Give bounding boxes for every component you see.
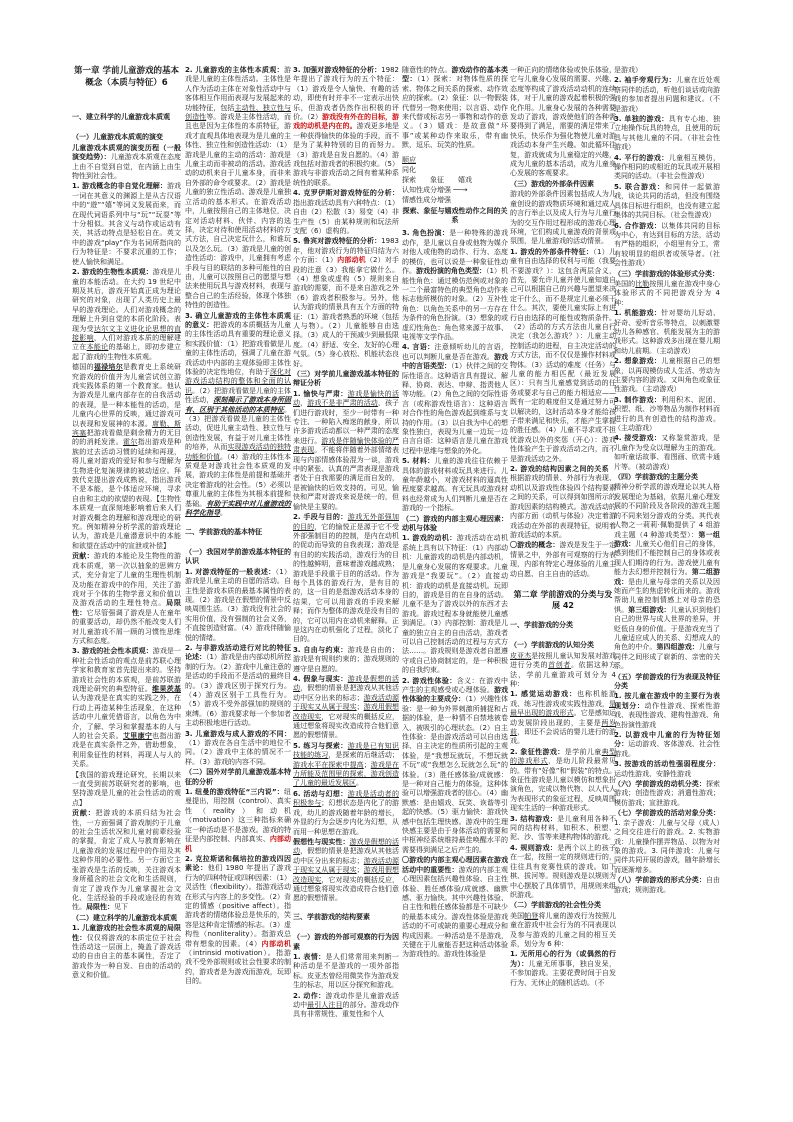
emphasized-text: 1. 游戏概念的非自觉化理解： <box>72 182 167 190</box>
paragraph: 精神分析学派的游戏理论以其人格发展理论为基础，依据儿童心理发展的不同阶段及各阶段… <box>614 483 720 671</box>
paragraph: 2. 游戏性体验：含义：在游戏中产生的主观感受或心理体验。游戏性体验的主要成分：… <box>402 677 508 856</box>
subsection-heading: （二）游戏的内部主观心理因素：动机与体验 <box>402 515 508 534</box>
emphasized-text: 2. 象征性游戏： <box>510 748 565 756</box>
paragraph: 假想性与现实性：游戏是假想的活动，假想的情景是把游戏从其他活动中区分出来的标志；… <box>293 838 399 904</box>
paragraph: 3. 角色扮演：是一种特殊的游戏动作，是儿童以自身或他物为媒介对他人或他物的动作… <box>402 229 508 342</box>
paragraph: 3. 结构游戏：是儿童利用各种不同的结构材料，如积木、积塑、泥、沙、雪等来建构物… <box>510 815 616 843</box>
emphasized-text: 是最早出现的游戏形式 <box>510 700 616 717</box>
paragraph: 3. 按游戏的活动性强弱程度分：运动性游戏、安静性游戏 <box>614 760 720 779</box>
emphasized-text: 比勒 <box>635 280 649 288</box>
paragraph: （八）学前游戏的形式分类：自由游戏；规则游戏。 <box>614 876 720 895</box>
emphasized-text: （七）学前游戏的活动对象分类： <box>614 809 720 817</box>
emphasized-text: 皮亚杰 <box>510 652 531 660</box>
document-column-2: 2. 儿童游戏的主体性本质观：游戏是儿童的主体性活动。主体性是人作为活动主体在对… <box>185 66 291 988</box>
paragraph: 儿童游戏本质观的演变历程（一般演变趋势）：儿童游戏本质观在态度上由不自觉到自觉，… <box>72 144 181 182</box>
emphasized-text: 3. 角色扮演： <box>402 229 449 237</box>
emphasized-text: 游戏动作的基本类型： <box>402 66 508 83</box>
emphasized-text: 本能论 <box>87 343 109 351</box>
emphasized-text: 霍尔 <box>123 438 138 446</box>
paragraph: 2. 动作：游戏动作是儿童游戏活动中最引人注目的部分。游戏动作具有非常规性、重复… <box>293 992 399 1020</box>
paragraph: 2. 以游戏中儿童的行为特征划分：运动游戏、客体游戏、社会性游戏。 <box>614 731 720 759</box>
emphasized-text: 帕登 <box>524 912 538 920</box>
emphasized-text: 1. 机能游戏： <box>614 309 661 317</box>
paragraph: 3. 自由与约束：游戏是自由的；游戏是有规则约束的；游戏规则的遵守是自愿的。 <box>293 646 399 674</box>
emphasized-text: 3. 自由与约束： <box>293 646 348 654</box>
paragraph: 1. 表情：是人们常常用来判断一种活动是不是游戏的一项外部指标。皮亚杰曾经用微笑… <box>293 953 399 991</box>
subsection-heading: （一）儿童游戏本质观的演变 <box>72 133 181 142</box>
paragraph: 3. 游戏的社会性本质观：游戏是一种社会性活动的观点是前苏联心理学家和教育家首先… <box>72 647 181 769</box>
paragraph: 5. 材料：儿童的游戏往往依赖于具体的游戏材料或玩具来进行。儿童年龄越小，对游戏… <box>402 457 508 513</box>
emphasized-text: 1. 愉快与严肃： <box>293 390 348 398</box>
emphasized-text: 主动性、独立性与创造性 <box>185 104 291 121</box>
emphasized-text: 第三组游戏： <box>628 606 670 614</box>
subsection-heading: （一）学前游戏的认知分类 <box>510 641 616 650</box>
emphasized-text: 3. 确立儿童游戏的主体性本质观的意义： <box>185 312 291 329</box>
emphasized-text: 贡献： <box>72 809 96 817</box>
document-column-6: 是游戏）2. 袖手旁观行为：儿童在近处观察同伴的活动，听他们谈话或向游戏的参加者… <box>614 66 720 896</box>
document-column-4: 随意性的特点。游戏动作的基本类型：（1）探索：对物体性质的探索、物体之间关系的探… <box>402 66 508 961</box>
figure-line: 同化 <box>402 165 508 175</box>
emphasized-text: 2. 动作： <box>293 992 326 1000</box>
emphasized-text: 2. 以游戏中儿童的行为特征划分： <box>614 731 720 748</box>
emphasized-text: （八）学前游戏的形式分类： <box>614 876 706 884</box>
paragraph: 1. 对游戏特征的一般表述：（1）游戏是儿童主动的自愿的活动。自主性是游戏本质的… <box>185 568 291 643</box>
highlighted-text: 游戏没有外在的目标，游戏的动机是内在的。 <box>293 113 399 130</box>
paragraph: 1. 儿童游戏的社会性本质观的局限性：仅仅将游戏的本质定位于社会性活动这一层面上… <box>72 924 181 980</box>
emphasized-text: 艾里康宁 <box>123 732 152 740</box>
paragraph: 2. 与非游戏活动进行对比的特征论述：（1）游戏是由内部动机所控制的行为。（2）… <box>185 644 291 729</box>
document-content: 第一章 学前儿童游戏的基本概念（本质与特征）6一、建立科学的儿童游戏本质观（一）… <box>72 66 722 1086</box>
paragraph: 随意性的特点。游戏动作的基本类型：（1）探索：对物体性质的探索、物体之间关系的探… <box>402 66 508 151</box>
paragraph: 游戏的外部条件因素包括成人为儿童创设的游戏物质环境和通过成人的言行举止以及成人行… <box>510 190 616 246</box>
emphasized-text: 局限性： <box>86 903 114 911</box>
emphasized-text: 1. 表情： <box>293 953 326 961</box>
highlighted-text: 内部动机 <box>337 256 366 264</box>
emphasized-text: 4. 假象与现实： <box>293 675 348 683</box>
emphasized-text: 2. 与非游戏活动进行对比的特征论述： <box>185 644 291 661</box>
emphasized-text: 5. 鲁宾对游戏特征的分析： <box>293 237 381 245</box>
emphasized-text: 1. 对游戏特征的一般表述： <box>185 568 275 576</box>
paragraph: （七）学前游戏的活动对象分类：1. 亲子游戏：儿童与父母（成人）之间交往进行的游… <box>614 809 720 875</box>
emphasized-text: 3. 单独的游戏： <box>614 115 669 123</box>
emphasized-text: 假想性与现实性： <box>293 838 350 846</box>
highlighted-text: 内部动机 <box>185 835 291 852</box>
paragraph: 2. 手段与目的：游戏无外部强加的目的，它的愉悦正是源于它不受外部强制目的的控制… <box>293 513 399 645</box>
subsection-heading: （一）我国对学前游戏基本特征的认识 <box>185 548 291 567</box>
paragraph: 1. 纽曼的游戏特征“三内说”：纽曼提出，用控制（control）、真实性（re… <box>185 788 291 854</box>
emphasized-text: 3. 加强对游戏特征的分析： <box>293 66 381 74</box>
paragraph: 1. 游戏的外部条件特征：（1）儿童有自由选择的权利与可能（我要不要游戏？）：这… <box>510 248 616 464</box>
highlighted-text: 内部动机 <box>261 940 291 948</box>
section-heading: 一、学前游戏的分类 <box>510 621 616 630</box>
emphasized-text: 2. 儿童游戏的主体性本质观： <box>185 66 284 74</box>
emphasized-text: 第一组游戏： <box>614 531 720 548</box>
emphasized-text: 实现游戏活动的独特功能和价值 <box>185 443 291 460</box>
paragraph: 1. 感觉运动游戏：也称机能游戏、练习性游戏或实践性游戏，是最早出现的游戏形式。… <box>510 690 616 746</box>
paragraph: 2. 想象游戏：儿童根据自己的想象，以再现模仿成人生活、劳动为主要内容的游戏。又… <box>614 357 720 395</box>
paragraph: 2. 游戏的结构因素之间的关系 根据游戏的情景、外部行为表现、动机以及游戏性体验… <box>510 465 616 540</box>
paragraph: 4. 平行的游戏：儿童相互模仿，操作相同的或相近的玩具或开展相类同的活动。（非社… <box>614 154 720 182</box>
paragraph: 美国的比勒按照儿童在游戏中身心体验形式的不同把游戏分为 4 种： <box>614 280 720 308</box>
paragraph: 5. 鲁宾对游戏特征的分析：1983 年，他对游戏行为的特征归结为六个方面：（1… <box>293 237 399 369</box>
emphasized-text: 达尔文主义进化论思想的直接影响 <box>72 325 181 342</box>
emphasized-text: 〇游戏的内部主观心理因素在游戏活动中的重要性： <box>402 856 508 873</box>
subsection-heading: （三）学前游戏的体验形式分类： <box>614 270 720 279</box>
paragraph: 〇游戏的概念：游戏是发生于一定情景之中，外部有可观察的行为表现，内部有特定心理体… <box>510 541 616 579</box>
paragraph: 1. 愉快与严肃：游戏是愉快的活动，游戏不是非严肃的活动，孩子们进行游戏时，至少… <box>293 390 399 512</box>
emphasized-text: 第二组游戏： <box>614 568 720 585</box>
document-column-5: 一种正向的情绪体验或快乐体验，它与儿童身心发展的需要、兴趣、态度等构成了游戏活动… <box>510 66 616 989</box>
paragraph: 2. 袖手旁观行为：儿童在近处观察同伴的活动，听他们谈话或向游戏的参加者提出问题… <box>614 76 720 114</box>
paragraph: 1. 机能游戏：针对婴幼儿好动、好奇、爱听音乐等特点，以刺激婴幼儿各种感官、机能… <box>614 309 720 356</box>
emphasized-text: 2. 手段与目的： <box>293 513 348 521</box>
subsection-heading: （三）游戏的外部条件因素 <box>510 180 616 189</box>
relationship-figure: 顺应同化探索 象征 嬉戏认知性成分增强 ──→情感性成分增强探索、象征与嬉戏性动… <box>402 154 508 227</box>
paragraph: 5. 练习与探索：游戏是已有知识技能的练习，是探索的后继活动；游戏水平在探索中提… <box>293 742 399 789</box>
chapter-title: 第一章 学前儿童游戏的基本概念（本质与特征）6 <box>72 66 181 89</box>
emphasized-text: 局限性： <box>72 599 181 616</box>
emphasized-text: 4. 平行的游戏： <box>614 154 669 162</box>
subsection-heading: （二）学前游戏的社会性分类 <box>510 901 616 910</box>
paragraph: 【我国的游戏理论研究，长期以来一直受到前苏联研究者的影响，也坚持游戏是儿童的社会… <box>72 771 181 809</box>
emphasized-text: 福禄培尔 <box>94 363 123 371</box>
paragraph: 贡献：把游戏的本质归结为社会性，一方面强调了游戏制约于儿童的社会生活状况和儿童对… <box>72 809 181 912</box>
emphasized-text: 2. 游戏的结构因素之间的关系 <box>510 465 609 473</box>
emphasized-text: 游戏扮演的角色类型： <box>416 267 486 275</box>
emphasized-text: （六）学前游戏的动机分类： <box>614 780 706 788</box>
paragraph: （六）学前游戏的动机分类：探索游戏；创造性游戏；消遣性游戏；模仿游戏；宣泄游戏。 <box>614 780 720 808</box>
emphasized-text: 4. 接受游戏： <box>614 434 661 442</box>
emphasized-text: 4. 克罗伊斯对游戏特征的分析： <box>293 189 399 197</box>
paragraph: 3. 儿童游戏与成人游戏的不同：（1）游戏在各自生活中的地位不同。（2）游戏中主… <box>185 730 291 768</box>
emphasized-text: 席勒、斯宾塞 <box>72 420 181 437</box>
subsection-heading: （二）国外对学前儿童游戏基本特征的分析 <box>185 768 291 787</box>
emphasized-text: 两岁前 <box>510 719 616 736</box>
emphasized-text: 3. 儿童游戏与成人游戏的不同： <box>185 730 291 738</box>
subsection-heading: （四）学前游戏的主题分类 <box>614 473 720 482</box>
figure-line: 认知性成分增强 ──→ <box>402 185 508 195</box>
paragraph: 3. 确立儿童游戏的主体性本质观的意义：把游戏的本质概括为儿童的主体性活动具有重… <box>185 312 291 519</box>
emphasized-text: 游戏中的言语类型： <box>402 353 508 370</box>
paragraph: 3. 制作游戏：利用积木、泥团、积塑、纸、沙等物品为制作材料而进行的具有创造性的… <box>614 396 720 434</box>
emphasized-text: 维果茨基 <box>152 685 181 693</box>
emphasized-text: 深刻揭示了游戏本身所固有、区别于其他活动的本质特征 <box>185 396 291 413</box>
paragraph: 2. 克拉斯诺和佩培拉的游戏四因素论：他们 1980 年提出了游戏行为的四种特征… <box>185 855 291 987</box>
emphasized-text: 6. 活动与幻想： <box>293 790 348 798</box>
paragraph: 1. 按儿童在游戏中的主要行为表现划分：动作性游戏、探索性游戏、表现性游戏、建构… <box>614 692 720 730</box>
emphasized-text: 4. 言语： <box>402 343 435 351</box>
emphasized-text: 游戏水平在探索中提高 <box>293 761 364 769</box>
paragraph: 贡献：游戏的本能论及生物性的游戏本质观，第一次以抽象的思辨方式，充分肯定了儿童的… <box>72 552 181 646</box>
subsection-heading: （五）学前游戏的行为表现及特征分类 <box>614 673 720 692</box>
section-heading: 三、学前游戏的结构要素 <box>293 913 399 922</box>
emphasized-text: 3. 结构游戏： <box>510 815 557 823</box>
emphasized-text: 3. 制作游戏： <box>614 396 661 404</box>
emphasized-text: 〇游戏的概念： <box>510 541 560 549</box>
emphasized-text: 2. 想象游戏： <box>614 357 661 365</box>
emphasized-text: 1. 游戏的外部条件特征： <box>510 248 593 256</box>
figure-line: 顺应 <box>402 155 508 165</box>
section-heading: 一、建立科学的儿童游戏本质观 <box>72 113 181 122</box>
paragraph: 5. 联合游戏：和同伴一起做游戏，谈论共同的活动，但没有围绕具体目标进行组织，也… <box>614 183 720 221</box>
paragraph: 2. 象征性游戏：是学前儿童典型的游戏形式，是幼儿阶段最常见的。带有“好像”和“… <box>510 748 616 814</box>
paragraph: 6. 活动与幻想：游戏是活动者的积极参与；幻想状态是内化了的游戏，幼儿的游戏随着… <box>293 790 399 837</box>
emphasized-text: 5. 材料： <box>402 457 435 465</box>
emphasized-text: 5. 练习与探索： <box>293 742 348 750</box>
chapter-title: 第二章 学前游戏的分类与发展 42 <box>510 589 616 611</box>
subsection-heading: （三）对学前儿童游戏基本特征的辩证分析 <box>293 370 399 389</box>
figure-line: 探索 象征 嬉戏 <box>402 175 508 185</box>
emphasized-text: 儿童游戏本质观的演变历程（一般演变趋势）： <box>72 144 181 161</box>
paragraph: 皮亚杰是按照儿童认知发展对游戏进行分类的首创者。依据这种方法，学前儿童游戏可划分… <box>510 652 616 690</box>
emphasized-text: 1. 感觉运动游戏： <box>510 690 577 698</box>
emphasized-text: 4. 规则游戏： <box>510 844 557 852</box>
emphasized-text: 游戏是伴随愉快体验的严肃表现 <box>293 437 399 454</box>
emphasized-text: 2. 袖手旁观行为： <box>614 76 676 84</box>
emphasized-text: 深化对游戏活动结构的整体和全面的认识 <box>185 368 291 395</box>
emphasized-text: 1. 无所用心的行为（或偶然的行为）： <box>510 950 616 967</box>
emphasized-text: 游戏性体验的主要成分： <box>402 686 508 703</box>
paragraph: 德国的福禄培尔是教育史上系统研究游戏的价值并为儿童尝试创立游戏实践体系的第一个教… <box>72 363 181 551</box>
emphasized-text: 1. 游戏的动机： <box>402 534 457 542</box>
paragraph: 1. 无所用心的行为（或偶然的行为）：儿童无所事事，独自发呆，不参加游戏。主要花… <box>510 950 616 988</box>
document-column-1: 第一章 学前儿童游戏的基本概念（本质与特征）6一、建立科学的儿童游戏本质观（一）… <box>72 66 181 982</box>
paragraph: 美国帕登将儿童的游戏行为按照儿童在游戏中社会行为的不同表现以及参与游戏的儿童之间… <box>510 912 616 950</box>
paragraph: 4. 接受游戏：又称鉴赏游戏，是儿童作为受众以理解为主的游戏。如听童话故事、看图… <box>614 434 720 472</box>
emphasized-text: 2. 游戏性体验： <box>402 677 457 685</box>
emphasized-text: 3. 游戏的社会性本质观： <box>72 647 153 655</box>
paragraph: 3. 加强对游戏特征的分析：1982 年提出了游戏行为的五个特征：（1）游戏是令… <box>293 66 399 188</box>
emphasized-text: 3. 按游戏的活动性强弱程度分： <box>614 760 720 768</box>
paragraph: 4. 规则游戏：是两个以上的孩子在一起，按照一定的规则进行的，往往具有竞赛性质的… <box>510 844 616 900</box>
subsection-heading: （一）游戏的外部可观察的行为因素 <box>293 933 399 952</box>
figure-line: 情感性成分增强 <box>402 195 508 205</box>
paragraph: 〇游戏的内部主观心理因素在游戏活动中的重要性：游戏的内部主观心理因素包括兴趣性体… <box>402 856 508 959</box>
emphasized-text: 最引人注目 <box>307 1001 342 1009</box>
emphasized-text: 2. 克拉斯诺和佩培拉的游戏四因素论： <box>185 855 291 872</box>
paragraph: 4. 言语：注意倾听幼儿的言语，也可以判断儿童是否在游戏。游戏中的言语类型：（1… <box>402 343 508 456</box>
paragraph: 1. 游戏的动机：游戏活动在动机系统上具有以下特征：（1）内部动机：儿童游戏的动… <box>402 534 508 675</box>
emphasized-text: 6. 合作游戏： <box>614 222 661 230</box>
section-heading: 二、学前游戏的基本特征 <box>185 528 291 537</box>
emphasized-text: 第四组游戏： <box>656 643 698 651</box>
document-page: 第一章 学前儿童游戏的基本概念（本质与特征）6一、建立科学的儿童游戏本质观（一）… <box>0 0 793 1122</box>
paragraph: 6. 合作游戏：以集体共同的目标为中心，有达到目标的方法，活动有严格的组织，小组… <box>614 222 720 269</box>
emphasized-text: 贡献： <box>72 552 94 560</box>
paragraph: 一种正向的情绪体验或快乐体验，它与儿童身心发展的需要、兴趣、态度等构成了游戏活动… <box>510 66 616 179</box>
subsection-heading: （二）建立科学的儿童游戏本质观 <box>72 914 181 923</box>
emphasized-text: 1. 按儿童在游戏中的主要行为表现划分： <box>614 692 720 709</box>
paragraph: 1. 游戏概念的非自觉化理解：游戏一词在其意义的渊源上是从古汉语中的“遊”“嬉”… <box>72 182 181 267</box>
emphasized-text: 首创者 <box>548 661 571 669</box>
emphasized-text: 1. 儿童游戏的社会性本质观的局限性： <box>72 924 181 941</box>
emphasized-text: 游戏不是非严肃的活动 <box>307 399 378 407</box>
figure-caption: 探索、象征与嬉戏性动作之间的关系 <box>402 207 508 226</box>
paragraph: 4. 克罗伊斯对游戏特征的分析：指出游戏活动具有六种特点：（1）自由（2）松散（… <box>293 189 399 236</box>
paragraph: 2. 游戏的生物性本质观：游戏是儿童的本能活动。在大约 19 世纪中期及其后，游… <box>72 268 181 362</box>
emphasized-text: 1. 纽曼的游戏特征“三内说”： <box>185 788 284 796</box>
emphasized-text: 2. 游戏的生物性本质观： <box>72 268 153 276</box>
emphasized-text: 有助于实践中对儿童游戏的科学化指导 <box>185 500 291 517</box>
paragraph: 3. 单独的游戏：具有专心地、独立地操作玩具的特点，且使用的玩具与其他儿童的不同… <box>614 115 720 153</box>
document-column-3: 3. 加强对游戏特征的分析：1982 年提出了游戏行为的五个特征：（1）游戏是令… <box>293 66 399 1021</box>
paragraph: 是游戏） <box>614 66 720 75</box>
paragraph: 2. 儿童游戏的主体性本质观：游戏是儿童的主体性活动。主体性是人作为活动主体在对… <box>185 66 291 311</box>
emphasized-text: 5. 联合游戏： <box>614 183 665 191</box>
paragraph: 4. 假象与现实：游戏是假想的活动，假想的情景是把游戏从其他活动中区分出来的标志… <box>293 675 399 741</box>
